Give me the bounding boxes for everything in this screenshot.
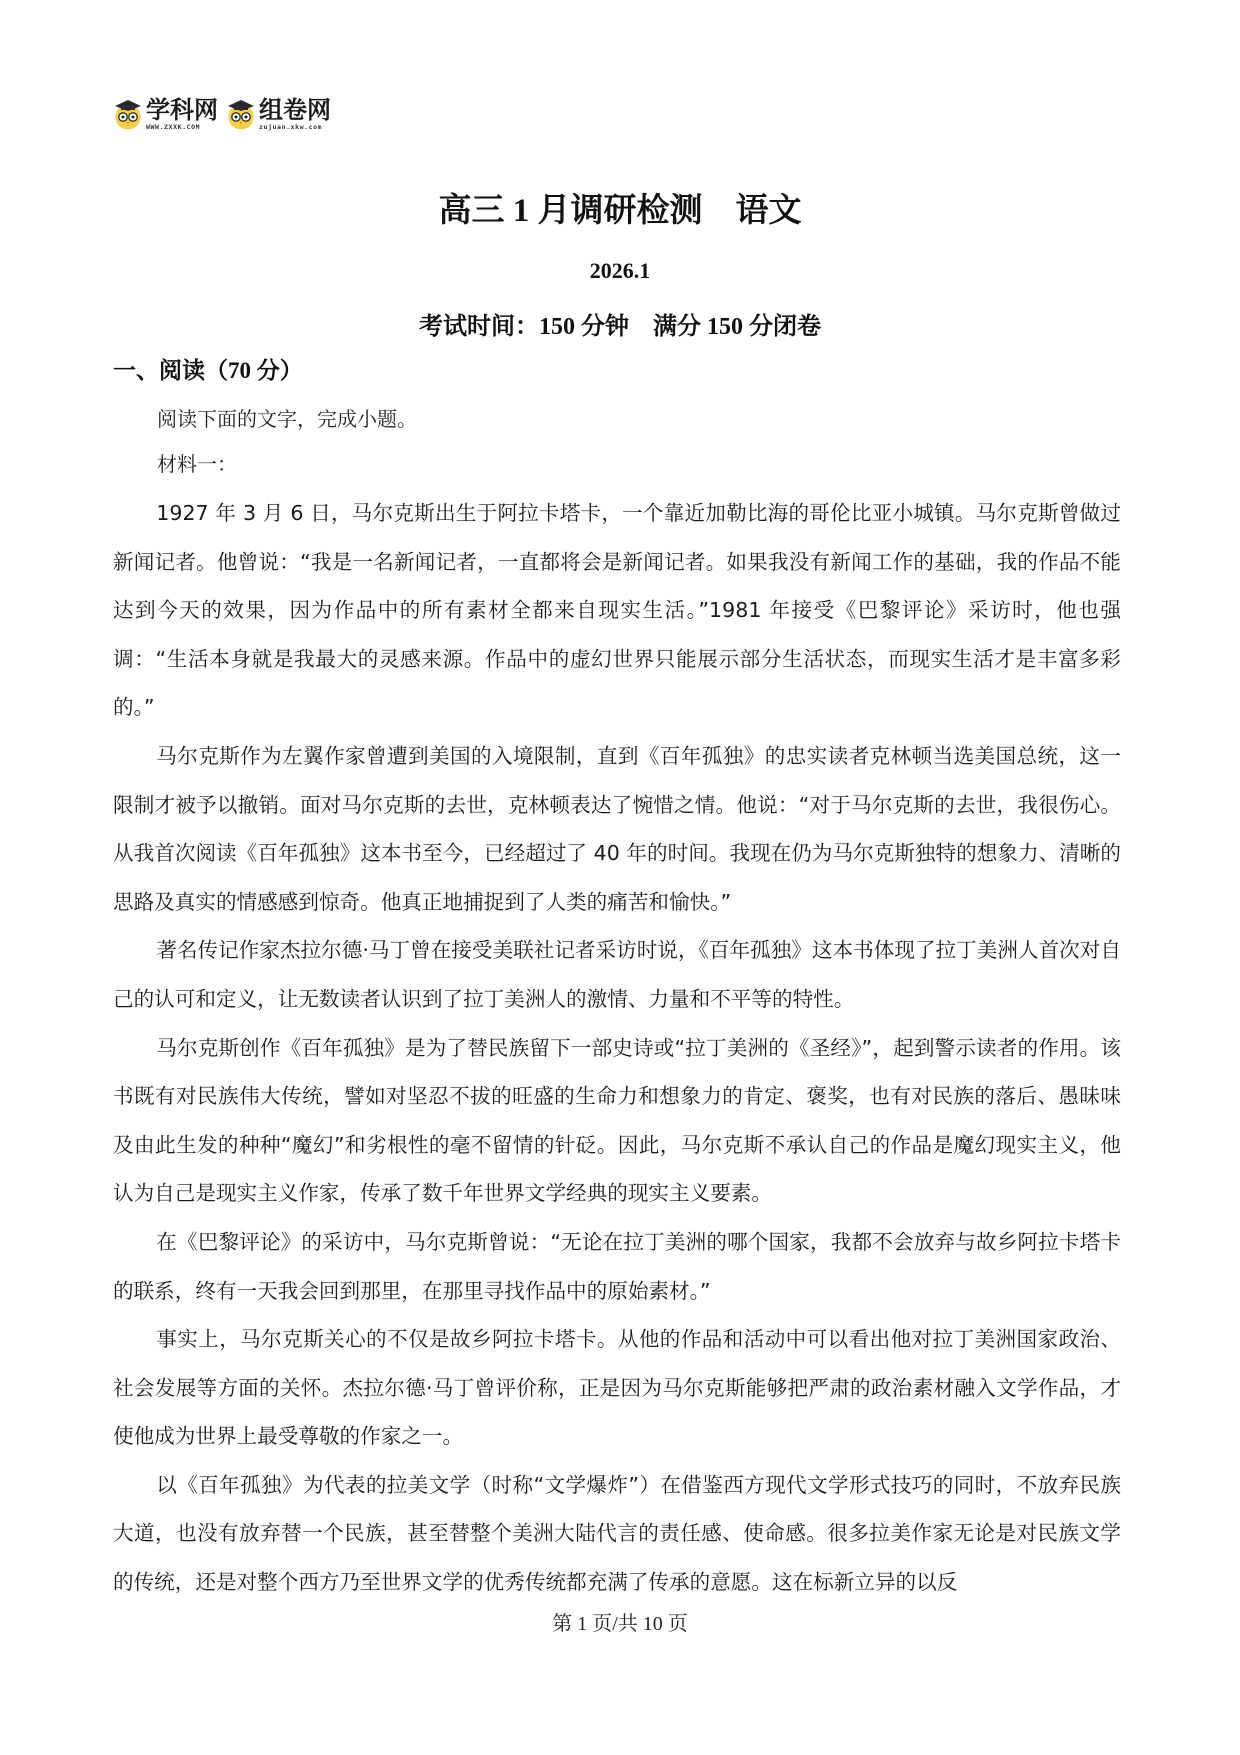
- logo-name: 学科网: [146, 98, 218, 122]
- paragraph: 1927 年 3 月 6 日，马尔克斯出生于阿拉卡塔卡，一个靠近加勒比海的哥伦比…: [113, 489, 1121, 732]
- logo-bar: 学科网 WWW.ZXXK.COM 组卷网 zujuan.xkw.com: [113, 92, 331, 136]
- paragraph: 著名传记作家杰拉尔德·马丁曾在接受美联社记者采访时说，《百年孤独》这本书体现了拉…: [113, 926, 1121, 1023]
- section-heading: 一、阅读（70 分）: [113, 352, 303, 385]
- paragraph: 在《巴黎评论》的采访中，马尔克斯曾说：“无论在拉丁美洲的哪个国家，我都不会放弃与…: [113, 1218, 1121, 1315]
- exam-meta: 考试时间：150 分钟 满分 150 分闭卷: [0, 306, 1240, 341]
- paragraph: 马尔克斯作为左翼作家曾遭到美国的入境限制，直到《百年孤独》的忠实读者克林顿当选美…: [113, 732, 1121, 926]
- logo-zxxk: 学科网 WWW.ZXXK.COM: [113, 97, 218, 131]
- logo-zujuan: 组卷网 zujuan.xkw.com: [226, 97, 331, 131]
- paragraph: 事实上，马尔克斯关心的不仅是故乡阿拉卡塔卡。从他的作品和活动中可以看出他对拉丁美…: [113, 1315, 1121, 1461]
- paragraph: 马尔克斯创作《百年孤独》是为了替民族留下一部史诗或“拉丁美洲的《圣经》”，起到警…: [113, 1024, 1121, 1218]
- logo-url: WWW.ZXXK.COM: [146, 124, 218, 131]
- logo-name: 组卷网: [259, 98, 331, 122]
- logo-url: zujuan.xkw.com: [259, 124, 331, 131]
- owl-graduate-icon: [226, 97, 256, 131]
- material-label: 材料一：: [157, 448, 237, 477]
- exam-date: 2026.1: [0, 258, 1240, 284]
- reading-passage: 1927 年 3 月 6 日，马尔克斯出生于阿拉卡塔卡，一个靠近加勒比海的哥伦比…: [113, 489, 1121, 1607]
- page-number: 第 1 页/共 10 页: [0, 1607, 1240, 1636]
- paragraph: 以《百年孤独》为代表的拉美文学（时称“文学爆炸”）在借鉴西方现代文学形式技巧的同…: [113, 1461, 1121, 1607]
- exam-title: 高三 1 月调研检测 语文: [0, 184, 1240, 231]
- owl-graduate-icon: [113, 97, 143, 131]
- section-instruction: 阅读下面的文字，完成小题。: [157, 403, 417, 432]
